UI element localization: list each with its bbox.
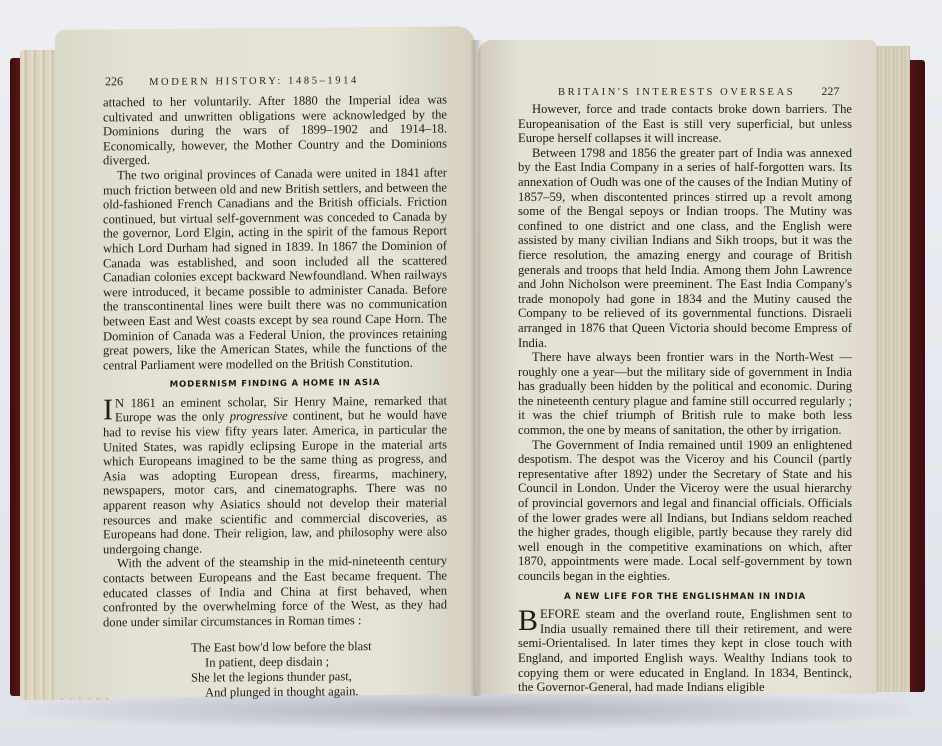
drop-cap: B bbox=[518, 609, 538, 633]
section-heading: MODERNISM FINDING A HOME IN ASIA bbox=[103, 376, 447, 394]
section-heading: A NEW LIFE FOR THE ENGLISHMAN IN INDIA bbox=[518, 590, 852, 605]
left-page: 226 MODERN HISTORY: 1485–1914 attached t… bbox=[55, 26, 475, 698]
verse-line: And plunged in thought again. bbox=[191, 684, 447, 701]
left-text-block: attached to her voluntarily. After 1880 … bbox=[103, 92, 447, 701]
paragraph: There have always been frontier wars in … bbox=[518, 350, 852, 438]
paragraph-dropcap: BEFORE steam and the overland route, Eng… bbox=[518, 607, 852, 695]
right-running-head: BRITAIN'S INTERESTS OVERSEAS 227 bbox=[558, 84, 839, 99]
right-running-title: BRITAIN'S INTERESTS OVERSEAS bbox=[558, 87, 795, 98]
paragraph: With the advent of the steamship in the … bbox=[103, 554, 447, 630]
right-text-block: However, force and trade contacts broke … bbox=[518, 102, 852, 695]
paragraph-dropcap: IN 1861 an eminent scholar, Sir Henry Ma… bbox=[103, 393, 447, 557]
drop-cap: I bbox=[103, 398, 113, 422]
left-page-number: 226 bbox=[105, 74, 123, 88]
paragraph: The two original provinces of Canada wer… bbox=[103, 165, 447, 372]
paragraph: However, force and trade contacts broke … bbox=[518, 102, 852, 146]
paragraph: The Government of India remained until 1… bbox=[518, 438, 852, 584]
left-running-title: MODERN HISTORY: 1485–1914 bbox=[149, 75, 359, 88]
book-gutter bbox=[470, 40, 482, 696]
left-running-head: 226 MODERN HISTORY: 1485–1914 bbox=[105, 72, 359, 89]
paragraph: attached to her voluntarily. After 1880 … bbox=[103, 92, 447, 168]
right-page: BRITAIN'S INTERESTS OVERSEAS 227 However… bbox=[478, 40, 876, 694]
verse: The East bow'd low before the blast In p… bbox=[191, 639, 447, 701]
page-edges-right bbox=[870, 46, 910, 692]
paragraph: Between 1798 and 1856 the greater part o… bbox=[518, 146, 852, 350]
right-page-number: 227 bbox=[821, 84, 839, 98]
